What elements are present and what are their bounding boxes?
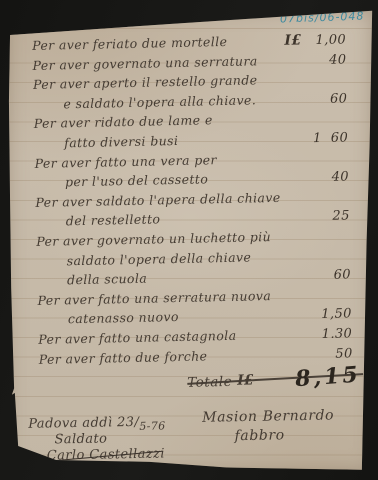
total-row: Totale I£ 8,15 <box>39 366 366 405</box>
line-text: Per aver fatto due forche <box>39 348 208 367</box>
invoice-body: Per aver feriato due mortelle I£1,00 Per… <box>32 31 366 405</box>
line-amount: 1 60 <box>313 130 360 146</box>
issuer-name: Masion Bernardo <box>202 407 334 425</box>
line-amount: 60 <box>334 267 364 283</box>
line-amount: 25 <box>332 208 362 224</box>
footer-left: Padova addì 23/5-76 Saldato Carlo Castel… <box>28 414 166 463</box>
line-text: saldato l'opera della chiave <box>67 249 252 268</box>
line-amount: 40 <box>331 169 361 185</box>
scan-background: 07bis/06-048 Per aver feriato due mortel… <box>0 0 378 480</box>
total-amount: 8,15 <box>295 362 362 393</box>
line-text: Per aver fatto una castagnola <box>38 328 236 347</box>
line-text: Per aver fatto una vera per <box>34 152 217 171</box>
line-text: della scuola <box>67 271 147 288</box>
line-text: fatto diversi busi <box>64 133 178 150</box>
paid-note: Saldato <box>54 430 165 447</box>
signature-recipient: Carlo Castellazzi <box>47 446 166 463</box>
total-currency: I£ <box>237 373 254 389</box>
line-amount: I£1,00 <box>284 31 358 49</box>
line-text: del restelletto <box>66 212 161 229</box>
line-amount: 1,50 <box>321 306 364 322</box>
line-text: e saldato l'opera alla chiave. <box>63 92 256 111</box>
line-amount: 1.30 <box>322 326 365 342</box>
archive-reference: 07bis/06-048 <box>280 10 365 26</box>
place-date: Padova addì 23/5-76 <box>28 414 165 431</box>
line-amount: 60 <box>330 91 360 107</box>
line-text: Per aver feriato due mortelle <box>32 34 227 53</box>
footer-right: Masion Bernardo fabbro <box>202 407 335 444</box>
line-text: Per aver ridato due lame e <box>34 113 213 132</box>
line-text: catenasso nuovo <box>68 309 179 326</box>
line-amount: 40 <box>329 52 359 68</box>
date-fraction: 5-76 <box>139 419 166 432</box>
currency-mark: I£ <box>284 32 301 48</box>
line-amount: 50 <box>335 346 365 362</box>
line-text: per l'uso del cassetto <box>65 171 208 189</box>
issuer-trade: fabbro <box>234 426 334 444</box>
total-label: Totale <box>187 374 232 391</box>
document-paper: 07bis/06-048 Per aver feriato due mortel… <box>6 8 374 474</box>
